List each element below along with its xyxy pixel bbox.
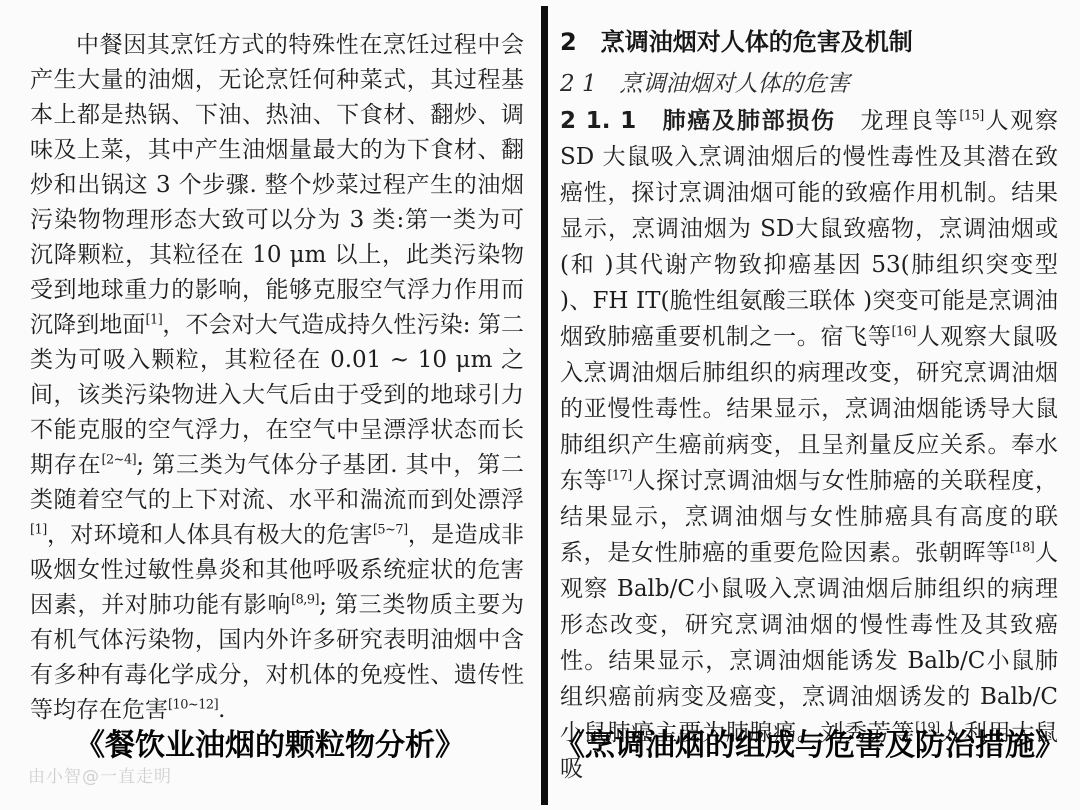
left-article-column: 中餐因其烹饪方式的特殊性在烹饪过程中会产生大量的油烟，无论烹饪何种菜式，其过程基… bbox=[30, 28, 524, 728]
scanned-document-page: 中餐因其烹饪方式的特殊性在烹饪过程中会产生大量的油烟，无论烹饪何种菜式，其过程基… bbox=[0, 0, 1080, 810]
right-article-column: 2 烹调油烟对人体的危害及机制 2 1 烹调油烟对人体的危害 2 1. 1 肺癌… bbox=[560, 22, 1058, 787]
right-article-paragraph: 2 1. 1 肺癌及肺部损伤 龙理良等[15]人观察 SD 大鼠吸入烹调油烟后的… bbox=[560, 103, 1058, 787]
left-article-paragraph: 中餐因其烹饪方式的特殊性在烹饪过程中会产生大量的油烟，无论烹饪何种菜式，其过程基… bbox=[30, 28, 524, 728]
left-article-title-caption: 《餐饮业油烟的颗粒物分析》 bbox=[0, 726, 540, 766]
section-heading: 2 烹调油烟对人体的危害及机制 bbox=[560, 22, 1058, 62]
right-article-title-caption: 《烹调油烟的组成与危害及防治措施》 bbox=[540, 726, 1080, 766]
column-divider bbox=[541, 6, 548, 805]
subsection-heading: 2 1 烹调油烟对人体的危害 bbox=[560, 65, 1058, 103]
watermark-text: 由小智@一直走明 bbox=[28, 762, 172, 787]
